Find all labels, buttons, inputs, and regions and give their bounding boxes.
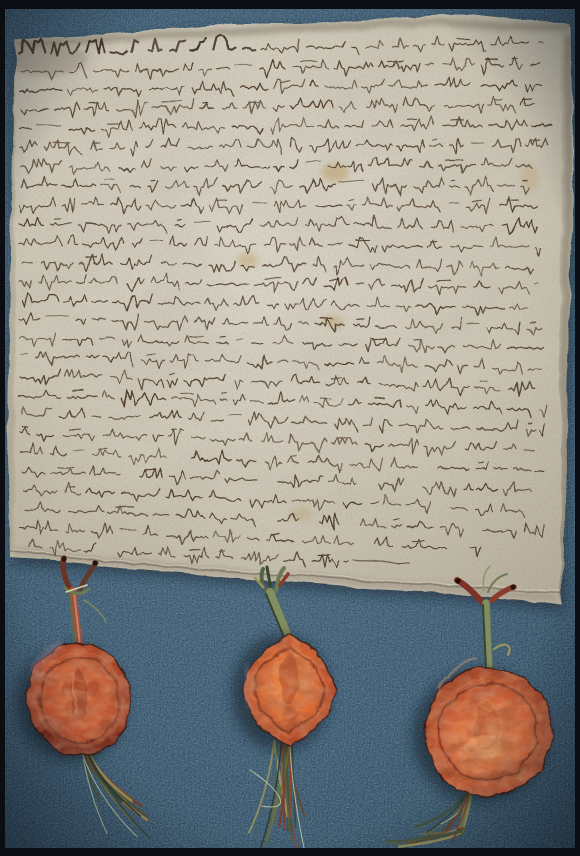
photo-vignette bbox=[0, 0, 580, 856]
frame-bottom bbox=[0, 848, 580, 856]
frame-right bbox=[575, 0, 580, 856]
frame-left bbox=[0, 0, 5, 856]
frame-top bbox=[0, 0, 580, 9]
charter-photo-svg: Medieval parchment charter with three pe… bbox=[0, 0, 580, 856]
charter-photograph: Medieval parchment charter with three pe… bbox=[0, 0, 580, 856]
